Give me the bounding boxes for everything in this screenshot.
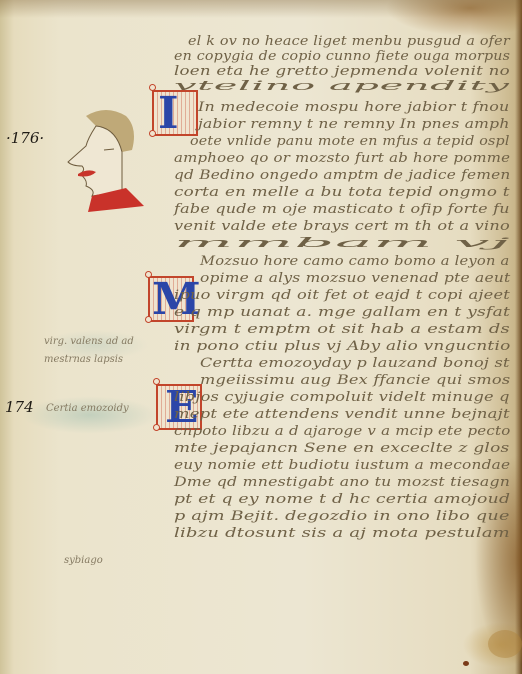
stain-bottom-right [488, 630, 522, 658]
text-line: euy nomie ett budiotu iustum a mecondae [174, 458, 510, 473]
text-line: libzu dtosunt sis a aj mota pestulam [174, 526, 510, 541]
penwork-knob-icon [145, 271, 152, 278]
margin-note: mestrnas lapsis [44, 354, 123, 365]
stain-dot [463, 661, 469, 666]
text-line: loen eta he gretto jepmenda volenit no [174, 64, 510, 79]
text-line: Certta emozoyday p lauzand bonoj st [200, 356, 510, 371]
initial-letter: I [158, 86, 179, 142]
margin-number-176: ·176· [6, 129, 44, 147]
text-line: venit valde ete brays cert m th ot a vin… [174, 219, 510, 234]
text-line: mte jepajancn Sene en exceclte z glos [174, 441, 509, 456]
margin-note: virg. valens ad ad [44, 336, 134, 347]
margin-note: Certia emozoidy [46, 403, 129, 414]
text-line: in pono ctiu plus vj Aby alio vngucntio [174, 339, 511, 354]
text-line: mmbam vj [174, 236, 511, 251]
marginal-head-drawing [66, 108, 146, 212]
manuscript-page: ·176· 174 virg. valens ad ad mestrnas la… [0, 0, 522, 674]
penwork-knob-icon [153, 424, 160, 431]
text-line: fabe qude m oje masticato t ofip forte f… [174, 202, 510, 217]
margin-number-174: 174 [5, 398, 34, 416]
text-line: amphoeo qo or mozsto furt ab hore pomme [174, 151, 510, 166]
top-edge-damage [0, 0, 522, 18]
text-line: virgm t emptm ot sit hab a estam ds [174, 322, 510, 337]
text-line: el k ov no heace liget menbu pusgud a of… [188, 34, 510, 49]
text-line: jabior remny t ne remny In pnes amph [198, 117, 510, 132]
text-line: corta en melle a bu tota tepid ongmo t [174, 185, 510, 200]
text-line: libjos cyjugie compoluit videlt minuge q [174, 390, 510, 405]
text-line: p ajm Bejit. degozdio in ono libo que [174, 509, 510, 524]
penwork-knob-icon [149, 84, 156, 91]
decorated-initial-i: I [152, 90, 198, 136]
text-line: oete vnlide panu mote en mfus a tepid os… [190, 134, 510, 149]
penwork-knob-icon [153, 378, 160, 385]
text-line: mgeiissimu aug Bex ffancie qui smos [200, 373, 510, 388]
text-line: opime a alys mozsuo venenad pte aeut [200, 271, 510, 286]
text-line: Dme qd mnestigabt ano tu mozst tiesagn [174, 475, 510, 490]
text-line: e q mp uanat a. mge gallam en t ysfat [174, 305, 510, 320]
text-line: ipuo virgm qd oit fet ot eajd t copi aje… [174, 288, 510, 303]
text-line: en copygia de copio cunno fiete ouga mor… [174, 49, 510, 64]
text-line: In medecoie mospu hore jabior t fnou [198, 100, 510, 115]
text-line: qd Bedino ongedo amptm de jadice femen [174, 168, 511, 183]
margin-note: sybiago [64, 555, 103, 566]
text-line: vtelino apendity [174, 79, 509, 94]
text-line: Mozsuo hore camo camo bomo a leyon a [200, 254, 509, 269]
penwork-knob-icon [149, 130, 156, 137]
text-line: pt et q ey nome t d hc certia amojoud [174, 492, 510, 507]
text-line: mept ete attendens vendit unne bejnajt [174, 407, 510, 422]
text-line: cnpoto libzu a d ajaroge v a mcip ete pe… [174, 424, 510, 439]
penwork-knob-icon [145, 316, 152, 323]
